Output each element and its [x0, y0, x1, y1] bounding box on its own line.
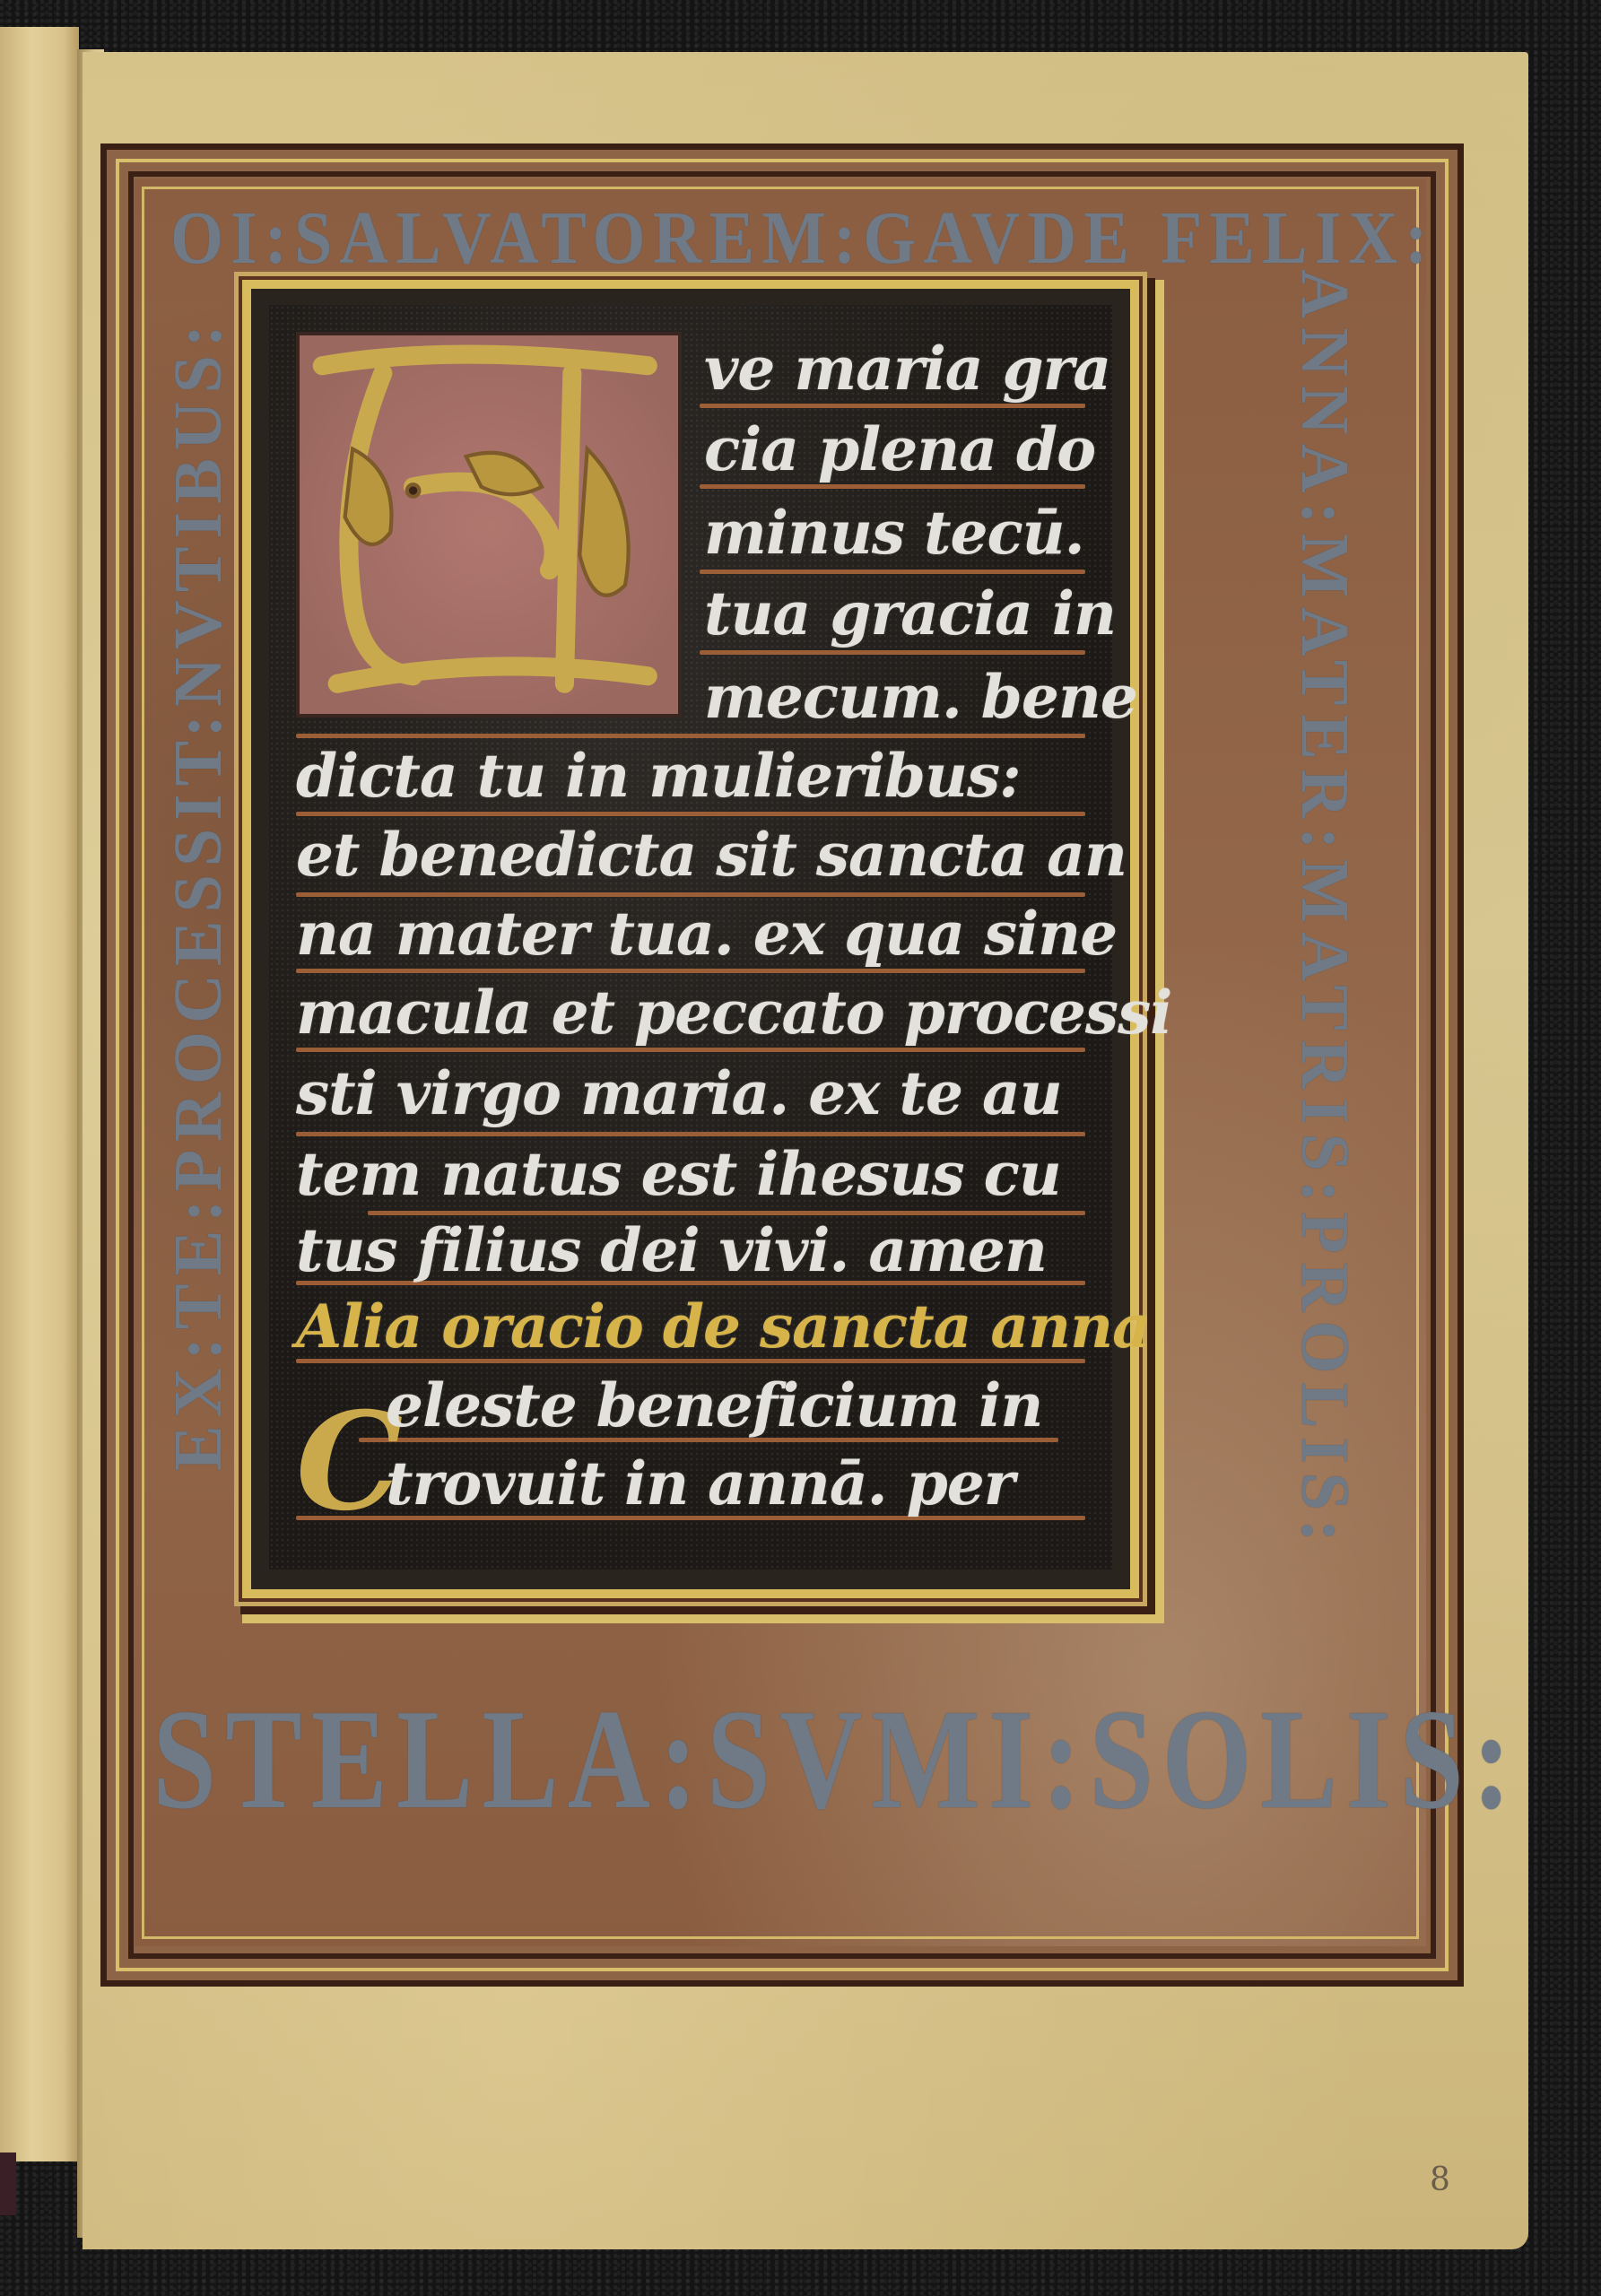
- ruling-line: [296, 892, 1085, 897]
- ruling-line: [700, 404, 1085, 408]
- text-line: sti virgo maria. ex te au: [296, 1058, 1062, 1128]
- previous-page-edge: [0, 27, 79, 2161]
- text-line: dicta tu in mulieribus:: [296, 741, 1021, 811]
- ruling-line: [700, 484, 1085, 489]
- border-inscription-top: OI:SALVATOREM:GAVDE FELIX:: [170, 196, 1435, 282]
- ruling-line: [296, 969, 1085, 973]
- border-inscription-bottom: STELLA:SVMI:SOLIS:: [152, 1677, 1519, 1842]
- ruling-line: [296, 1132, 1085, 1136]
- border-inscription-right: ANNA:MATER:MATRIS:PROLIS:: [1285, 269, 1363, 1551]
- ruling-line: [700, 570, 1085, 574]
- text-line: tua gracia in: [704, 578, 1116, 648]
- text-line: cia plena do: [704, 414, 1095, 484]
- text-line: tem natus est ihesus cu: [296, 1139, 1061, 1209]
- text-line: macula et peccato processi: [296, 978, 1171, 1048]
- ruling-line: [296, 1048, 1085, 1052]
- text-line: minus tecū.: [704, 498, 1084, 568]
- text-line: tus filius dei vivi. amen: [296, 1215, 1047, 1285]
- text-line: trovuit in annā. per: [386, 1448, 1014, 1518]
- text-line: na mater tua. ex qua sine: [296, 899, 1117, 969]
- illuminated-initial-a: [296, 332, 682, 717]
- text-line: et benedicta sit sancta an: [296, 820, 1127, 890]
- folio-number: 8: [1430, 2161, 1450, 2198]
- ruling-line: [296, 812, 1085, 816]
- ruling-line: [700, 650, 1085, 655]
- ruling-line: [296, 734, 1085, 738]
- text-line: ve maria gra: [704, 334, 1110, 404]
- border-inscription-left: EX:TE:PROCESSIT:NVTIBUS:: [160, 317, 238, 1471]
- acanthus-initial-icon: [300, 335, 678, 714]
- text-line: eleste beneficium in: [386, 1370, 1042, 1440]
- text-line: mecum. bene: [704, 662, 1137, 732]
- rubric-line: Alia oracio de sancta anna: [296, 1291, 1150, 1361]
- binding-tab: [0, 2152, 16, 2215]
